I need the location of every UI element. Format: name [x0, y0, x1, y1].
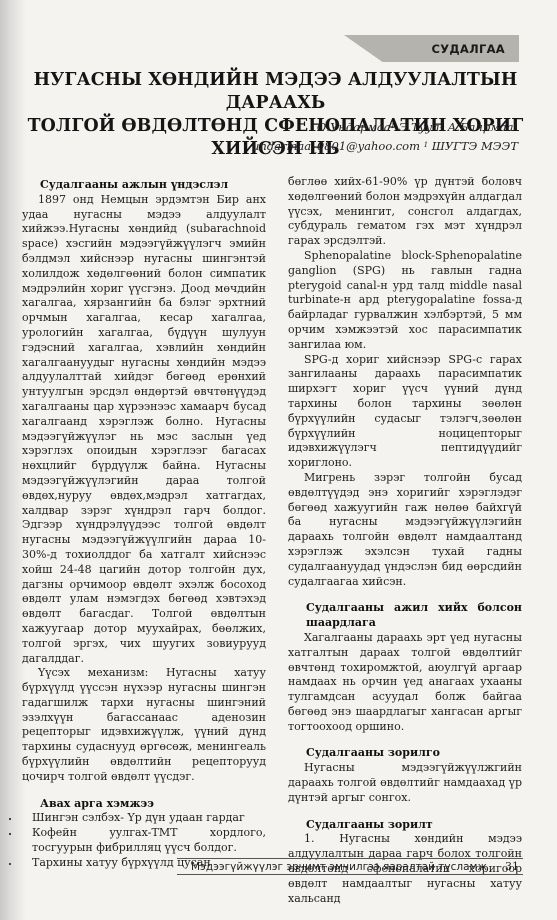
author-email[interactable]: undarmaa_0801@yahoo.com: [252, 139, 420, 153]
author-affil: 1: [514, 122, 518, 130]
section-tab: СУДАЛГАА: [344, 35, 519, 62]
heading-measures: Авах арга хэмжээ: [22, 797, 266, 812]
author-name: О.Ундармаа: [317, 120, 391, 134]
paragraph-migraine: Мигрень зэрэг толгойн бусад өвдөлтүүдэд …: [288, 471, 522, 589]
journal-name: Мэдээгүйжүүлэг эрчимт эмчилгээ яаралтай …: [191, 861, 487, 873]
page-footer: Мэдээгүйжүүлэг эрчимт эмчилгээ яаралтай …: [177, 858, 523, 875]
list-item: Кофейн уулгах-ТМТ хордлого, тосгуурын фи…: [6, 826, 266, 856]
affiliation: ШУГТЭ МЭЭТ: [432, 139, 518, 153]
author-list: О.Ундармаа1 Э.Туул1 А.Баярмаа1: [252, 118, 518, 137]
paragraph-need: Хагалгааны дараахь эрт үед нугасны хатга…: [288, 631, 522, 735]
list-item: Шингэн сэлбэх- Үр дүн удаан гардаг: [6, 811, 266, 826]
heading-need: Судалгааны ажил хийх болсон шаардлага: [288, 601, 522, 631]
left-column: Судалгааны ажлын үндэслэл 1897 онд Немцы…: [22, 178, 266, 871]
heading-goal: Судалгааны зорилго: [288, 746, 522, 761]
page-number: 31: [505, 860, 519, 873]
right-column: бөглөө хийх-61-90% үр дүнтэй боловч хөдө…: [288, 175, 522, 906]
author-name: А.Баярмаа: [448, 120, 514, 134]
paragraph-mechanism: Үүсэх механизм: Нугасны хатуу бүрхүүлд ү…: [22, 666, 266, 784]
heading-objective: Судалгааны зорилт: [288, 818, 522, 833]
title-line-1: НУГАСНЫ ХӨНДИЙН МЭДЭЭ АЛДУУЛАЛТЫН ДАРААХ…: [34, 70, 518, 113]
author-affil: 1: [391, 122, 395, 130]
author-block: О.Ундармаа1 Э.Туул1 А.Баярмаа1 undarmaa_…: [252, 118, 518, 156]
section-label: СУДАЛГАА: [431, 42, 505, 56]
heading-background: Судалгааны ажлын үндэслэл: [22, 178, 266, 193]
author-affil: 1: [440, 122, 444, 130]
paragraph-block: SPG-д хориг хийснээр SPG-с гарах зангила…: [288, 353, 522, 471]
paragraph-spg: Sphenopalatine block-Sphenopalatine gang…: [288, 249, 522, 353]
paragraph-goal: Нугасны мэдээгүйжүүлжгийн дараахь толгой…: [288, 761, 522, 805]
contact-line: undarmaa_0801@yahoo.com 1 ШУГТЭ МЭЭТ: [252, 137, 518, 156]
paragraph-continued: бөглөө хийх-61-90% үр дүнтэй боловч хөдө…: [288, 175, 522, 249]
author-name: Э.Туул: [399, 120, 440, 134]
paragraph-background: 1897 онд Немцын эрдэмтэн Бир анх удаа ну…: [22, 193, 266, 667]
affiliation-mark: 1: [424, 141, 428, 149]
